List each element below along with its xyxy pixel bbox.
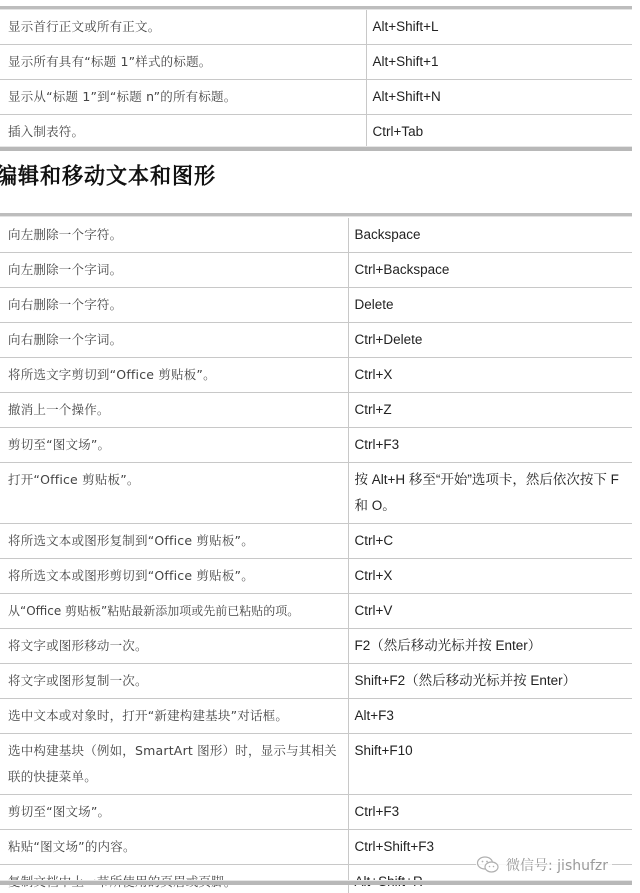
shortcut-description: 向右删除一个字符。	[0, 288, 348, 323]
table-row: 打开“Office 剪贴板”。 按 Alt+H 移至“开始”选项卡，然后依次按下…	[0, 463, 632, 524]
shortcut-keys: Shift+F10	[348, 734, 632, 795]
shortcut-description: 插入制表符。	[0, 115, 366, 150]
table-row: 将文字或图形移动一次。 F2（然后移动光标并按 Enter）	[0, 629, 632, 664]
table-row: 向左删除一个字符。 Backspace	[0, 218, 632, 253]
table-row: 向右删除一个字符。 Delete	[0, 288, 632, 323]
shortcut-keys: Ctrl+C	[348, 524, 632, 559]
shortcut-keys: Alt+Shift+N	[366, 80, 632, 115]
shortcut-keys: Ctrl+Delete	[348, 323, 632, 358]
shortcut-description: 复制文档中上一节所使用的页眉或页脚。	[0, 865, 348, 893]
shortcut-description: 选中文本或对象时，打开“新建构建基块”对话框。	[0, 699, 348, 734]
shortcut-table-editing: 向左删除一个字符。 Backspace 向左删除一个字词。 Ctrl+Backs…	[0, 218, 632, 893]
shortcut-keys: Backspace	[348, 218, 632, 253]
watermark: 微信号: jishufzr	[476, 852, 612, 878]
shortcut-description: 选中构建基块（例如，SmartArt 图形）时，显示与其相关联的快捷菜单。	[0, 734, 348, 795]
shortcut-keys: Ctrl+Z	[348, 393, 632, 428]
table-row: 显示所有具有“标题 1”样式的标题。 Alt+Shift+1	[0, 45, 632, 80]
shortcut-description: 显示从“标题 1”到“标题 n”的所有标题。	[0, 80, 366, 115]
shortcut-description: 剪切至“图文场”。	[0, 428, 348, 463]
section-heading: 编辑和移动文本和图形	[0, 159, 216, 191]
watermark-text: 微信号: jishufzr	[506, 855, 608, 875]
shortcut-description: 向左删除一个字词。	[0, 253, 348, 288]
shortcut-keys: Ctrl+Backspace	[348, 253, 632, 288]
shortcut-description: 将文字或图形复制一次。	[0, 664, 348, 699]
shortcut-description: 将文字或图形移动一次。	[0, 629, 348, 664]
shortcut-description: 将所选文本或图形复制到“Office 剪贴板”。	[0, 524, 348, 559]
shortcut-keys: Ctrl+Tab	[366, 115, 632, 150]
table-row: 插入制表符。 Ctrl+Tab	[0, 115, 632, 150]
shortcut-description: 从“Office 剪贴板”粘贴最新添加项或先前已粘贴的项。	[0, 594, 348, 629]
table-row: 选中文本或对象时，打开“新建构建基块”对话框。 Alt+F3	[0, 699, 632, 734]
shortcut-description: 剪切至“图文场”。	[0, 795, 348, 830]
shortcut-description: 打开“Office 剪贴板”。	[0, 463, 348, 524]
shortcut-description: 粘贴“图文场”的内容。	[0, 830, 348, 865]
shortcut-description: 撤消上一个操作。	[0, 393, 348, 428]
shortcut-keys: Alt+Shift+L	[366, 10, 632, 45]
table-row: 从“Office 剪贴板”粘贴最新添加项或先前已粘贴的项。 Ctrl+V	[0, 594, 632, 629]
shortcut-description: 向右删除一个字词。	[0, 323, 348, 358]
table-row: 将所选文本或图形复制到“Office 剪贴板”。 Ctrl+C	[0, 524, 632, 559]
table-row: 将所选文本或图形剪切到“Office 剪贴板”。 Ctrl+X	[0, 559, 632, 594]
shortcut-description: 将所选文字剪切到“Office 剪贴板”。	[0, 358, 348, 393]
top-table-bottom-rule	[0, 146, 632, 151]
bottom-table-bottom-rule	[0, 880, 632, 885]
shortcut-description: 将所选文本或图形剪切到“Office 剪贴板”。	[0, 559, 348, 594]
table-row: 向右删除一个字词。 Ctrl+Delete	[0, 323, 632, 358]
table-row: 剪切至“图文场”。 Ctrl+F3	[0, 795, 632, 830]
shortcut-description: 显示所有具有“标题 1”样式的标题。	[0, 45, 366, 80]
shortcut-keys: Delete	[348, 288, 632, 323]
shortcut-description: 向左删除一个字符。	[0, 218, 348, 253]
table-row: 剪切至“图文场”。 Ctrl+F3	[0, 428, 632, 463]
table-row: 将文字或图形复制一次。 Shift+F2（然后移动光标并按 Enter）	[0, 664, 632, 699]
shortcut-keys: Ctrl+X	[348, 358, 632, 393]
shortcut-keys: Alt+F3	[348, 699, 632, 734]
table-row: 将所选文字剪切到“Office 剪贴板”。 Ctrl+X	[0, 358, 632, 393]
table-row: 显示首行正文或所有正文。 Alt+Shift+L	[0, 10, 632, 45]
bottom-table-top-rule	[0, 213, 632, 217]
shortcut-keys: Alt+Shift+1	[366, 45, 632, 80]
wechat-icon	[476, 855, 500, 875]
table-row: 显示从“标题 1”到“标题 n”的所有标题。 Alt+Shift+N	[0, 80, 632, 115]
shortcut-table-outline: 显示首行正文或所有正文。 Alt+Shift+L 显示所有具有“标题 1”样式的…	[0, 10, 632, 149]
shortcut-keys: 按 Alt+H 移至“开始”选项卡，然后依次按下 F 和 O。	[348, 463, 632, 524]
table-row: 选中构建基块（例如，SmartArt 图形）时，显示与其相关联的快捷菜单。 Sh…	[0, 734, 632, 795]
shortcut-keys: Shift+F2（然后移动光标并按 Enter）	[348, 664, 632, 699]
shortcut-keys: F2（然后移动光标并按 Enter）	[348, 629, 632, 664]
shortcut-description: 显示首行正文或所有正文。	[0, 10, 366, 45]
shortcut-keys: Ctrl+F3	[348, 795, 632, 830]
table-row: 向左删除一个字词。 Ctrl+Backspace	[0, 253, 632, 288]
table-row: 撤消上一个操作。 Ctrl+Z	[0, 393, 632, 428]
shortcut-keys: Ctrl+V	[348, 594, 632, 629]
shortcut-keys: Ctrl+X	[348, 559, 632, 594]
shortcut-keys: Ctrl+F3	[348, 428, 632, 463]
